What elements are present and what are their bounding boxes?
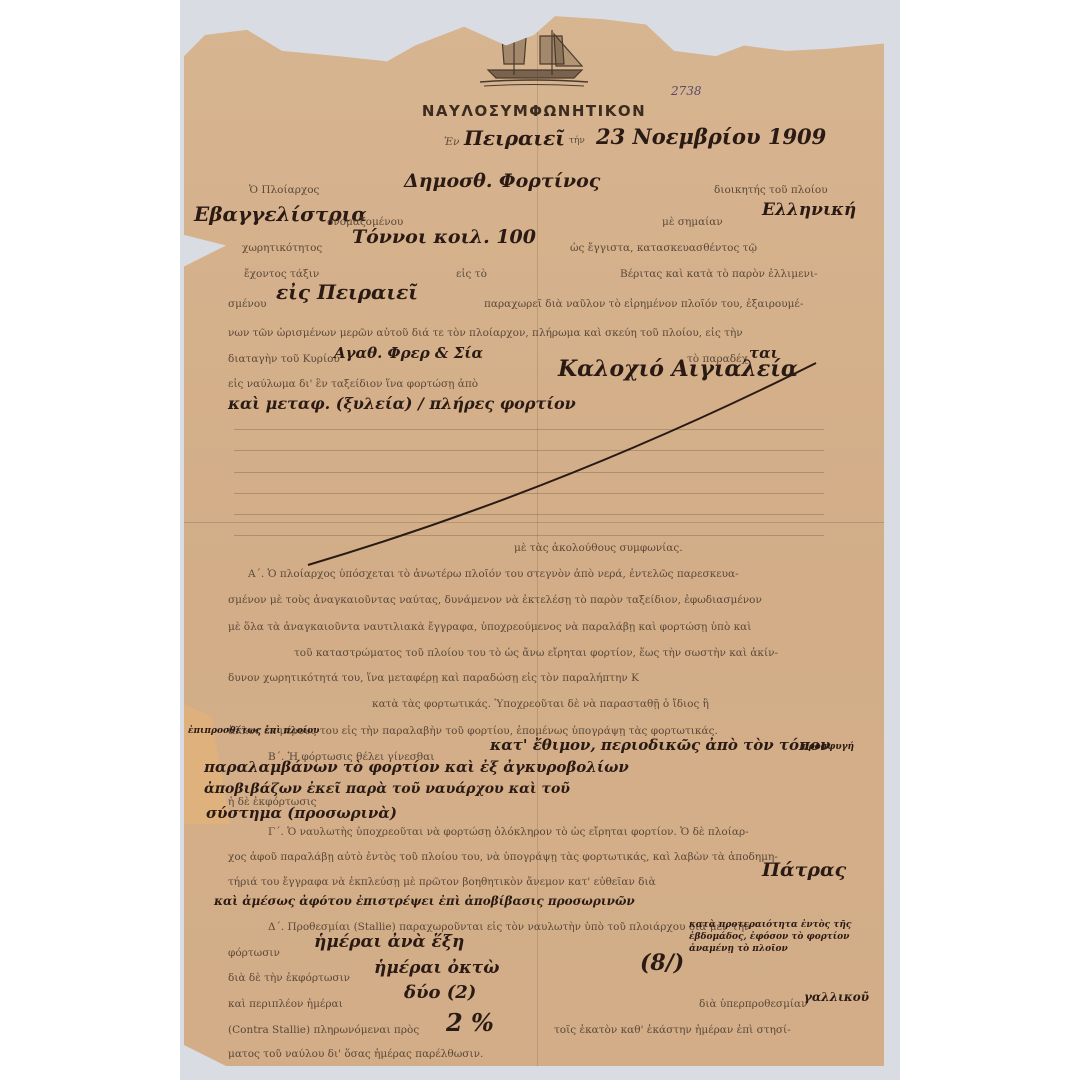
clause-g-line-3: τήριά του ἔγγραφα νὰ ἐκπλεύσῃ μὲ πρῶτον … [228,876,656,888]
handwritten-loading-days: ἡμέραι ἀνὰ ἕξη [314,932,464,952]
printed-built-label: ὡς ἔγγιστα, κατασκευασθέντος τῷ [570,242,757,254]
handwritten-destination-note: καὶ ἀμέσως ἀφότου ἐπιστρέψει ἐπὶ ἀποβίβα… [214,894,635,908]
handwritten-note-end: γαλλικοῦ [804,990,869,1004]
printed-excluding-line: νων τῶν ὡρισμένων μερῶν αὐτοῦ διά τε τὸν… [228,327,743,339]
handwritten-extra-days: δύο (2) [404,982,476,1003]
printed-commander-label: διοικητής τοῦ πλοίου [714,184,828,196]
handwritten-port: εἰς Πειραιεῖ [276,280,418,304]
document-title: ΝΑΥΛΟΣΥΜΦΩΝΗΤΙΚΟΝ [184,102,884,120]
clause-d-percent-label: τοῖς ἑκατὸν καθ' ἑκάστην ἡμέραν ἐπὶ στησ… [554,1024,791,1036]
printed-class-label: ἔχοντος τάξιν [244,268,319,280]
printed-harboured-label: σμένου [228,298,267,310]
clause-d-contra-stallie-label: (Contra Stallie) πληρωνόμεναι πρὸς [228,1024,419,1036]
handwritten-margin-note-2: προσφυγή [802,742,854,752]
clause-a-line-2: σμένον μὲ τοὺς ἀναγκαιοῦντας ναύτας, δυν… [228,594,762,606]
handwritten-fraction: (8/) [640,950,684,976]
place-handwritten: Πειραιεῖ [464,126,565,150]
archive-number: 2738 [671,84,702,98]
clause-d-final-line: ματος τοῦ ναύλου δι' ὅσας ἡμέρας παρέλθω… [228,1048,483,1060]
printed-veritas-label: Βέριτας καὶ κατὰ τὸ παρὸν ἐλλιμενι- [620,268,818,280]
handwritten-loading-terms-2: παραλαμβάνων τὸ φορτίον καὶ ἐξ ἀγκυροβολ… [204,758,629,776]
handwritten-captain: Δημοσθ. Φορτίνος [404,170,600,192]
clause-g-line-1: Γ΄. Ὁ ναυλωτὴς ὑποχρεοῦται νὰ φορτώσῃ ὁλ… [268,826,749,838]
clause-a-line-3: μὲ ὅλα τὰ ἀναγκαιοῦντα ναυτιλιακὰ ἔγγραφ… [228,621,751,633]
handwritten-unloading-days: ἡμέραι ὀκτὼ [374,958,499,978]
clause-a-line-1: Α΄. Ὁ πλοίαρχος ὑπόσχεται τὸ ἀνωτέρω πλο… [248,568,739,580]
clause-g-line-2: χος ἀφοῦ παραλάβῃ αὐτὸ ἐντὸς τοῦ πλοίου … [228,851,778,863]
clause-d-loading-label: φόρτωσιν [228,947,280,959]
date-handwritten: 23 Νοεμβρίου 1909 [596,124,826,149]
charter-party-document: 2738 ΝΑΥΛΟΣΥΜΦΩΝΗΤΙΚΟΝ Ἐν Πειραιεῖ τήν 2… [184,14,884,1066]
printed-capacity-label: χωρητικότητος [242,242,322,254]
printed-captain-label: Ὁ Πλοίαρχος [249,184,319,196]
tin-label: τήν [569,136,585,146]
clause-d-extra-days-label: καὶ περιπλέον ἡμέραι [228,998,343,1010]
handwritten-right-note: κατὰ προτεραιότητα ἐντὸς τῆς ἑβδομάδος, … [689,919,879,955]
printed-flag-label: μὲ σημαίαν [662,216,723,228]
clause-a-line-6: κατὰ τὰς φορτωτικάς. Ὑποχρεοῦται δὲ νὰ π… [372,698,709,710]
clause-a-line-5: δυνον χωρητικότητά του, ἵνα μεταφέρῃ καὶ… [228,672,639,684]
handwritten-loading-terms-3: ἀποβιβάζων ἐκεῖ παρὰ τοῦ ναυάρχου καὶ το… [204,781,570,797]
clause-a-line-4: τοῦ καταστρώματος τοῦ πλοίου του τὸ ὡς ἄ… [294,647,778,659]
handwritten-margin-note: ἐπιπροσθέτως ἐπὶ πλοίου [188,726,319,736]
handwritten-destination: Πάτρας [762,859,846,881]
handwritten-loading-terms: κατ' ἔθιμον, περιοδικῶς ἀπὸ τὸν τόπον [490,736,830,754]
en-label: Ἐν [444,136,459,148]
handwritten-loading-terms-4: σύστημα (προσωρινὰ) [206,804,397,822]
clause-d-overtime-label: διὰ ὑπερπροθεσμίαν [699,998,808,1010]
diagonal-cancel-stroke [304,359,824,569]
handwritten-percentage: 2 % [446,1008,494,1037]
clause-d-unloading-label: διὰ δὲ τὴν ἐκφόρτωσιν [228,972,350,984]
handwritten-capacity: Τόννοι κοιλ. 100 [352,226,536,248]
handwritten-flag: Ελληνική [762,200,856,220]
printed-grants-label: παραχωρεῖ διὰ ναῦλον τὸ εἰρημένον πλοῖόν… [484,298,803,310]
printed-in-label: εἰς τὸ [456,268,487,280]
printed-agreements-line: μὲ τὰς ἀκολούθους συμφωνίας. [514,542,683,554]
